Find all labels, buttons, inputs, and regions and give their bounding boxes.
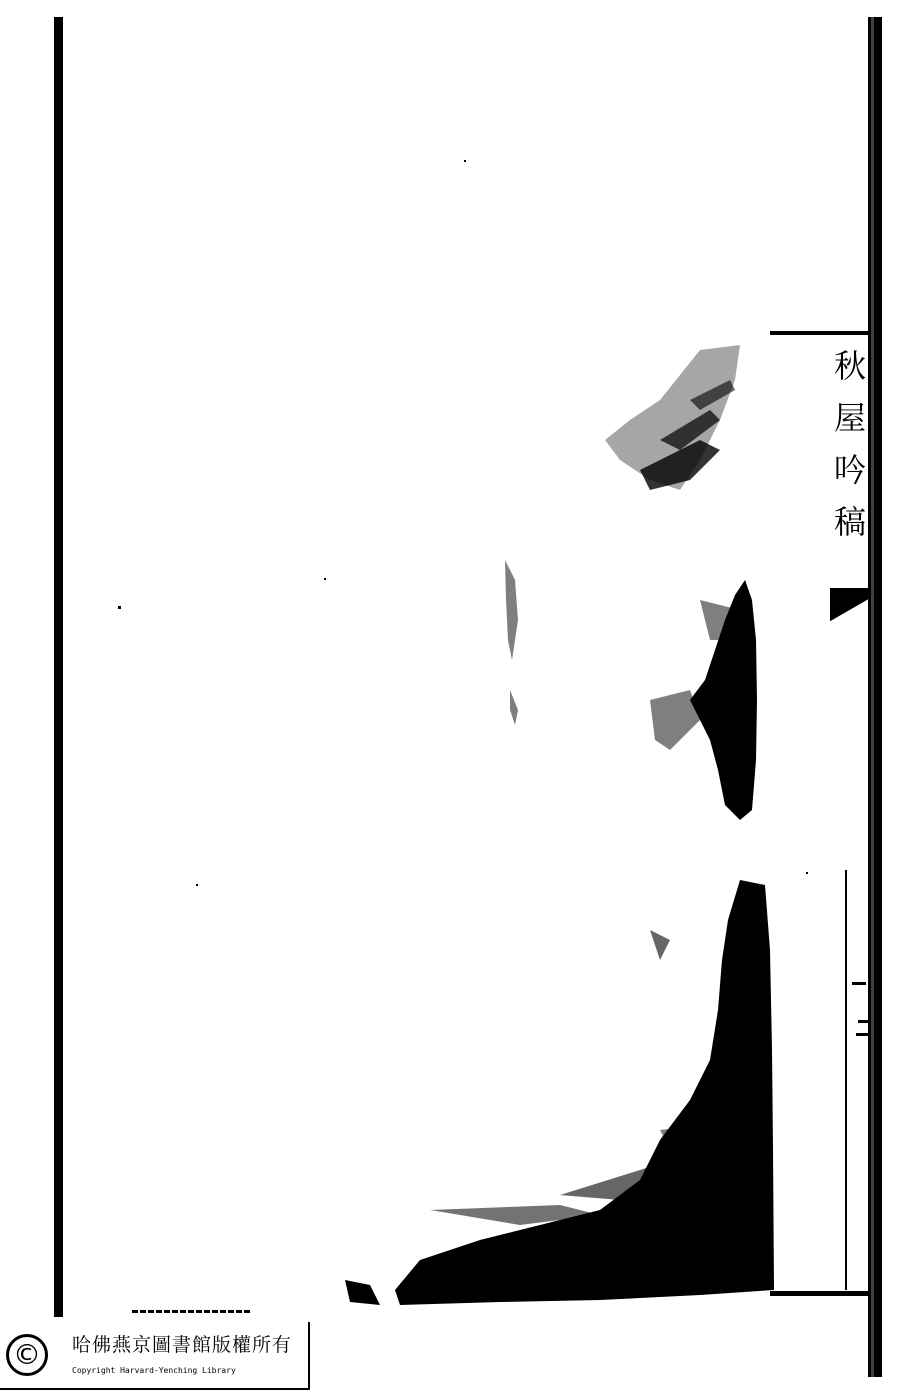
copyright-stamp: © 哈佛燕京圖書館版權所有 Copyright Harvard-Yenching…: [0, 1322, 310, 1390]
copyright-icon: ©: [6, 1334, 48, 1376]
scanned-page: 秋 屋 吟 稿: [0, 0, 900, 1395]
copyright-english: Copyright Harvard-Yenching Library: [72, 1366, 236, 1375]
copyright-chinese: 哈佛燕京圖書館版權所有: [72, 1330, 292, 1357]
ink-trace: [132, 1310, 250, 1313]
landscape-illustration: [0, 0, 900, 1395]
